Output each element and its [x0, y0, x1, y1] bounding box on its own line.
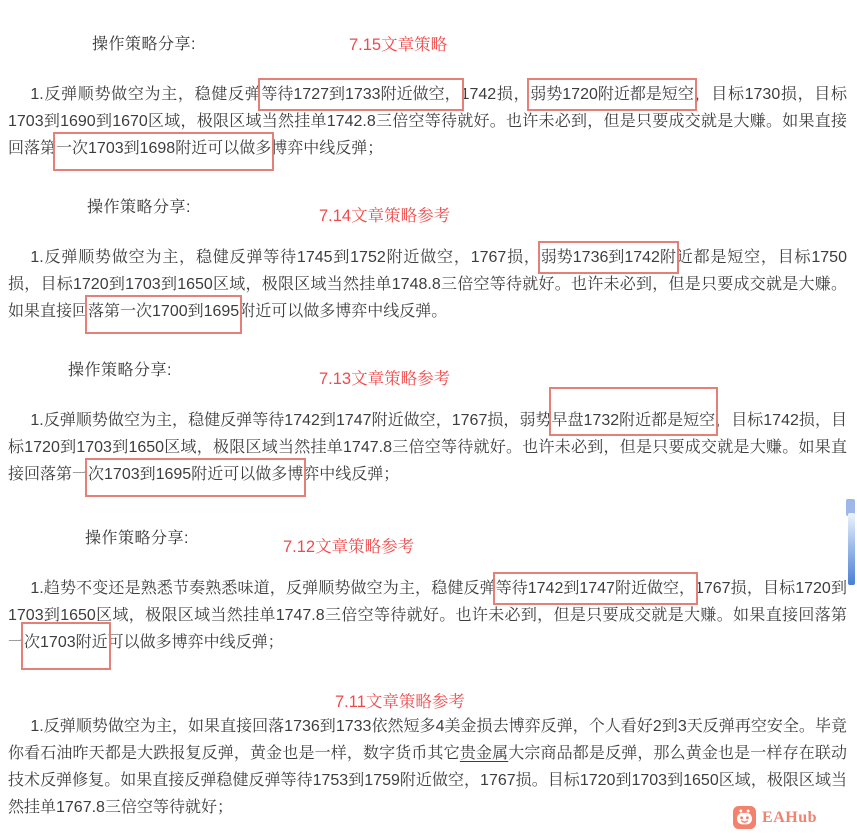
precious-metals-link[interactable]: 贵金属 — [460, 745, 508, 762]
paragraph-text: 博弈中线反弹； — [271, 140, 383, 157]
section-header: 7.11文章策略参考 — [0, 688, 857, 708]
annotation-box: 等待1727到1733附近做空， — [261, 81, 460, 108]
section-7-11: 7.11文章策略参考 1.反弹顺势做空为主，如果直接回落1736到1733依然短… — [0, 688, 857, 821]
paragraph-text: 1742损， — [461, 86, 531, 103]
section-title-7-13: 7.13文章策略参考 — [319, 365, 450, 389]
scrollbar-thumb[interactable] — [848, 513, 855, 585]
annotation-box: 等待1742到1747附近做空， — [496, 575, 695, 602]
strategy-paragraph-7-14: 1.反弹顺势做空为主，稳健反弹等待1745到1752附近做空，1767损，弱势1… — [0, 244, 857, 325]
annotation-box: 落第一次1700到1695 — [88, 298, 239, 325]
annotation-box: 一次1703到1698附近可以做多 — [56, 135, 271, 162]
paragraph-text: 1.反弹顺势做空为主，稳健反弹 — [30, 86, 261, 103]
section-title-7-11: 7.11文章策略参考 — [335, 688, 465, 712]
paragraph-text: 1.反弹顺势做空为主，稳健反弹等待1742到1747附近做空，1767损，弱势 — [30, 412, 551, 429]
strategy-share-label: 操作策略分享: — [87, 194, 191, 217]
paragraph-text: 可以做多博弈中线反弹； — [108, 634, 284, 651]
paragraph-text: 1.反弹顺势做空为主，稳健反弹等待1745到1752附近做空，1767损， — [30, 249, 540, 266]
section-7-12: 操作策略分享: 7.12文章策略参考 1.趋势不变还是熟悉节奏熟悉味道，反弹顺势… — [0, 525, 857, 656]
strategy-share-label: 操作策略分享: — [92, 31, 196, 54]
annotation-box: 次1703附近 — [24, 629, 108, 656]
section-title-7-14: 7.14文章策略参考 — [319, 202, 450, 226]
annotation-box: 弱势1720附近都是短空 — [530, 81, 694, 108]
robot-face-icon — [733, 806, 756, 829]
eahub-watermark: EAHub — [733, 806, 817, 829]
strategy-paragraph-7-15: 1.反弹顺势做空为主，稳健反弹等待1727到1733附近做空，1742损，弱势1… — [0, 81, 857, 162]
section-title-7-15: 7.15文章策略 — [349, 31, 447, 55]
annotation-box: 早盘1732附近都是短空 — [552, 407, 716, 434]
strategy-paragraph-7-11: 1.反弹顺势做空为主，如果直接回落1736到1733依然短多4美金损去博弈反弹，… — [0, 713, 857, 821]
section-header: 操作策略分享: 7.14文章策略参考 — [0, 194, 857, 214]
strategy-paragraph-7-12: 1.趋势不变还是熟悉节奏熟悉味道，反弹顺势做空为主，稳健反弹等待1742到174… — [0, 575, 857, 656]
section-header: 操作策略分享: 7.13文章策略参考 — [0, 357, 857, 377]
section-7-13: 操作策略分享: 7.13文章策略参考 1.反弹顺势做空为主，稳健反弹等待1742… — [0, 357, 857, 488]
paragraph-text: 附近可以做多博弈中线反弹。 — [239, 303, 447, 320]
article-content: 操作策略分享: 7.15文章策略 1.反弹顺势做空为主，稳健反弹等待1727到1… — [0, 0, 857, 821]
paragraph-text: 1.趋势不变还是熟悉节奏熟悉味道，反弹顺势做空为主，稳健反弹 — [30, 580, 495, 597]
paragraph-text: 弈中线反弹； — [303, 466, 399, 483]
section-header: 操作策略分享: 7.12文章策略参考 — [0, 525, 857, 545]
section-header: 操作策略分享: 7.15文章策略 — [0, 31, 857, 51]
annotation-box: 弱势1736到1742附 — [541, 244, 676, 271]
strategy-share-label: 操作策略分享: — [85, 525, 189, 548]
scrollbar[interactable] — [846, 499, 856, 586]
strategy-paragraph-7-13: 1.反弹顺势做空为主，稳健反弹等待1742到1747附近做空，1767损，弱势早… — [0, 407, 857, 488]
section-7-15: 操作策略分享: 7.15文章策略 1.反弹顺势做空为主，稳健反弹等待1727到1… — [0, 31, 857, 162]
article-page: 操作策略分享: 7.15文章策略 1.反弹顺势做空为主，稳健反弹等待1727到1… — [0, 0, 857, 840]
eahub-brand-text: EAHub — [762, 809, 817, 827]
section-7-14: 操作策略分享: 7.14文章策略参考 1.反弹顺势做空为主，稳健反弹等待1745… — [0, 194, 857, 325]
annotation-box: 次1703到1695附近可以做多博 — [88, 461, 303, 488]
section-title-7-12: 7.12文章策略参考 — [283, 533, 414, 557]
strategy-share-label: 操作策略分享: — [68, 357, 172, 380]
